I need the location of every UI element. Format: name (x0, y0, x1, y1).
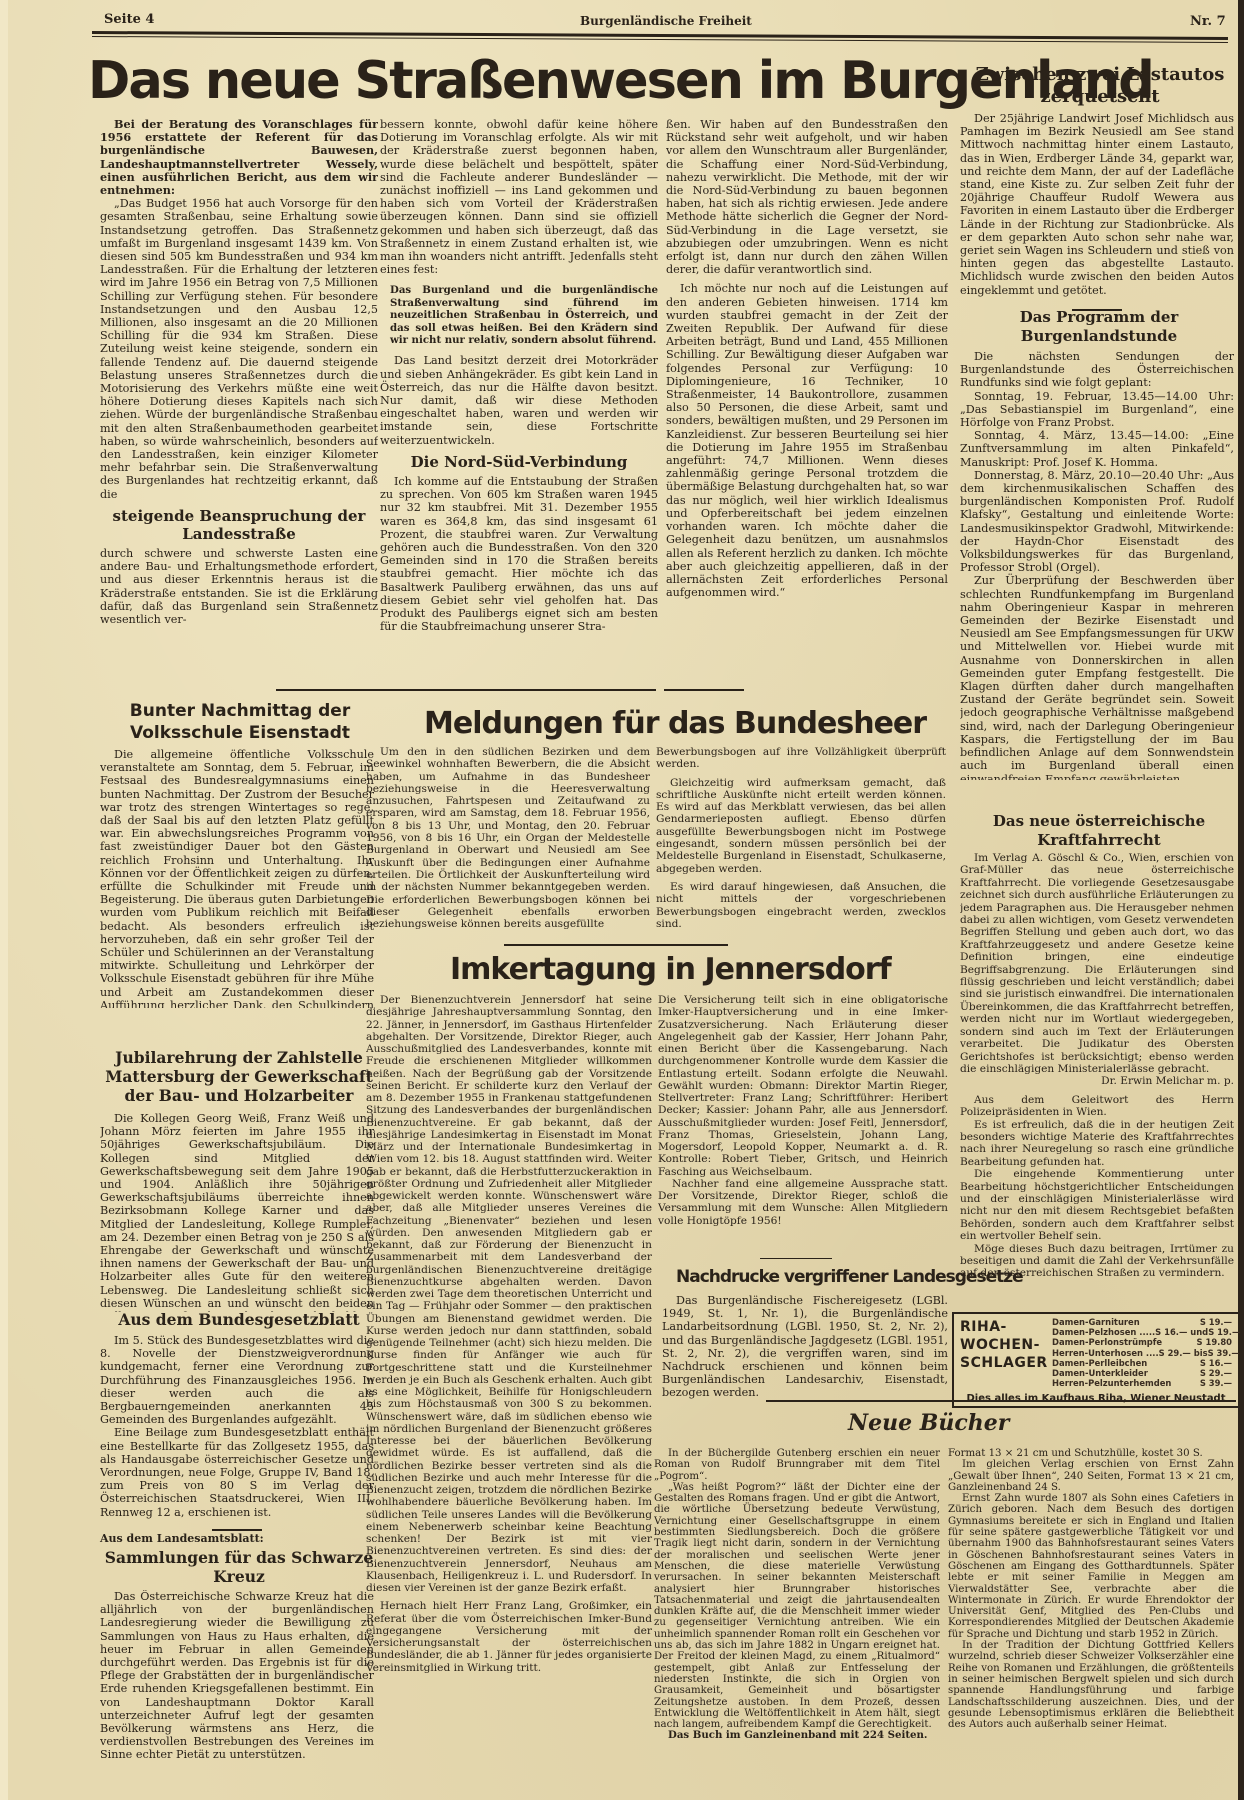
kraftfahrrecht-paragraph: Aus dem Geleitwort des Herrn Polizeipräs… (960, 1094, 1234, 1119)
bunter-body: Die allgemeine öffentliche Volksschule v… (100, 748, 374, 1008)
ad-item-price: S 39.— (1200, 1378, 1232, 1388)
ad-item-name: Damen-Pelzhosen .....S 16.— und (1052, 1327, 1208, 1337)
ad-item-name: Damen-Perlleibchen (1052, 1358, 1147, 1368)
bunter-title: Bunter Nachmittag der Volksschule Eisens… (100, 700, 380, 744)
ad-item: Damen-Pelzhosen .....S 16.— undS 19.— (1052, 1327, 1232, 1337)
neue-buecher-paragraph: Das Buch im Ganzleinenband mit 224 Seite… (654, 1730, 940, 1741)
jubilar-paragraph: Die Kollegen Georg Weiß, Franz Weiß und … (100, 1112, 374, 1312)
subhead-beanspruchung: steigende Beanspruchung der Landesstraße (100, 507, 378, 543)
neue-buecher-paragraph: In der Tradition der Dichtung Gottfried … (948, 1640, 1234, 1730)
neue-buecher-title: Neue Bücher (848, 1410, 1009, 1436)
ad-item: Herren-Unterhosen ....S 29.— bisS 39.— (1052, 1348, 1232, 1358)
main-article-col2: bessern konnte, obwohl dafür keine höher… (380, 118, 658, 698)
imker-col2: Die Versicherung teilt sich in eine obli… (658, 994, 948, 1266)
kraftfahrrecht-paragraph: Es ist erfreulich, daß die in der heutig… (960, 1119, 1234, 1169)
kraftfahrrecht-title: Das neue österreichische Kraftfahrrecht (960, 812, 1238, 850)
ad-footer: Dies alles im Kaufhaus Riha, Wiener Neus… (960, 1393, 1232, 1404)
lastautos-body: Der 25jährige Landwirt Josef Michlidsch … (960, 112, 1234, 312)
nachdrucke-paragraph: Das Burgenländische Fischereigesetz (LGB… (662, 1294, 948, 1400)
bundesgesetzblatt-paragraph: Im 5. Stück des Bundesgesetzblattes wird… (100, 1334, 374, 1426)
ad-item: Damen-GarniturenS 19.— (1052, 1317, 1232, 1327)
ad-item-name: Herren-Pelzunterhemden (1052, 1378, 1171, 1388)
ad-item-name: Damen-Unterkleider (1052, 1368, 1148, 1378)
neue-buecher-paragraph: Format 13 × 21 cm und Schutzhülle, koste… (948, 1448, 1234, 1459)
main-article-paragraph: durch schwere und schwerste Lasten eine … (100, 547, 378, 626)
bundesgesetzblatt-title: Aus dem Bundesgesetzblatt (100, 1310, 378, 1330)
nachdrucke-title: Nachdrucke vergriffener Landesgesetze (676, 1266, 1023, 1288)
lastautos-paragraph: Der 25jährige Landwirt Josef Michlidsch … (960, 112, 1234, 297)
riha-advertisement: RIHA- WOCHEN- SCHLAGER Damen-GarniturenS… (952, 1312, 1240, 1408)
ad-item-name: Damen-Garnituren (1052, 1317, 1140, 1327)
bundesgesetzblatt-paragraph: Eine Beilage zum Bundesgesetzblatt enthä… (100, 1426, 374, 1518)
burgenlandstunde-paragraph: Sonntag, 19. Februar, 13.45—14.00 Uhr: „… (960, 390, 1234, 430)
ad-brand-line: WOCHEN- (960, 1336, 1048, 1354)
page-number: Seite 4 (104, 12, 154, 27)
main-article-lead: Bei der Beratung des Voranschlages für 1… (100, 118, 378, 197)
neue-buecher-paragraph: Ernst Zahn wurde 1807 als Sohn eines Caf… (948, 1493, 1234, 1640)
bundesgesetzblatt-body: Im 5. Stück des Bundesgesetzblattes wird… (100, 1334, 374, 1534)
lastautos-title: Zwischen zwei Lastautos zerquetscht (960, 64, 1240, 108)
main-article-paragraph: „Das Budget 1956 hat auch Vorsorge für d… (100, 197, 378, 501)
bundesheer-paragraph: Gleichzeitig wird aufmerksam gemacht, da… (656, 777, 946, 875)
kraftfahrrecht-paragraph: Die eingehende Kommentierung unter Bearb… (960, 1168, 1234, 1242)
ad-item: Damen-PerlleibchenS 16.— (1052, 1358, 1232, 1368)
ad-price-list: Damen-GarniturenS 19.— Damen-Pelzhosen .… (1052, 1317, 1232, 1388)
ad-item-name: Herren-Unterhosen ....S 29.— bis (1052, 1348, 1208, 1358)
bunter-paragraph: Die allgemeine öffentliche Volksschule v… (100, 748, 374, 1008)
neue-buecher-paragraph: In der Büchergilde Gutenberg erschien ei… (654, 1448, 940, 1482)
landesamtsblatt-kicker: Aus dem Landesamtsblatt: (100, 1532, 264, 1545)
burgenlandstunde-paragraph: Donnerstag, 8. März, 20.10—20.40 Uhr: „A… (960, 469, 1234, 575)
ad-item-price: S 39.— (1208, 1348, 1240, 1358)
burgenlandstunde-title: Das Programm der Burgenlandstunde (960, 308, 1238, 346)
main-article-col3: ßen. Wir haben auf den Bundesstraßen den… (666, 118, 948, 698)
burgenlandstunde-body: Die nächsten Sendungen der Burgenlandstu… (960, 350, 1234, 780)
divider-rule (504, 944, 728, 946)
ad-item: Herren-PelzunterhemdenS 39.— (1052, 1378, 1232, 1388)
imker-paragraph: Hernach hielt Herr Franz Lang, Großimker… (366, 1600, 652, 1674)
imker-paragraph: Nachher fand eine allgemeine Aussprache … (658, 1178, 948, 1227)
burgenlandstunde-paragraph: Zur Überprüfung der Beschwerden über sch… (960, 574, 1234, 780)
kraftfahrrecht-body: Im Verlag A. Göschl & Co., Wien, erschie… (960, 852, 1234, 1310)
bundesheer-col2: Bewerbungsbogen auf ihre Vollzähligkeit … (656, 746, 946, 946)
newspaper-name: Burgenländische Freiheit (580, 14, 752, 28)
ad-item-price: S 16.— (1200, 1358, 1232, 1368)
ad-item-price: S 29.— (1200, 1368, 1232, 1378)
imker-title: Imkertagung in Jennersdorf (450, 952, 891, 988)
main-article-quote: Das Burgenland und die burgenländische S… (390, 284, 658, 346)
issue-number: Nr. 7 (1190, 14, 1226, 29)
burgenlandstunde-paragraph: Sonntag, 4. März, 13.45—14.00: „Eine Zun… (960, 429, 1234, 469)
neue-buecher-paragraph: „Was heißt Pogrom?“ läßt der Dichter ein… (654, 1482, 940, 1731)
neue-buecher-col1: In der Büchergilde Gutenberg erschien ei… (654, 1448, 940, 1758)
main-article-paragraph: ßen. Wir haben auf den Bundesstraßen den… (666, 118, 948, 276)
neue-buecher-col2: Format 13 × 21 cm und Schutzhülle, koste… (948, 1448, 1234, 1768)
bundesheer-col1: Um den in den südlichen Bezirken und dem… (366, 746, 650, 946)
ad-item-price: S 19.80 (1197, 1337, 1232, 1347)
divider-rule (664, 689, 744, 691)
ad-item-name: Damen-Perlonstrümpfe (1052, 1337, 1162, 1347)
ad-brand-line: RIHA- (960, 1318, 1048, 1336)
jubilar-title: Jubilarehrung der Zahlstelle Mattersburg… (100, 1048, 378, 1105)
ad-brand: RIHA- WOCHEN- SCHLAGER (960, 1318, 1048, 1372)
main-article-paragraph: Das Land besitzt derzeit drei Motorkräde… (380, 354, 658, 446)
ad-brand-line: SCHLAGER (960, 1354, 1048, 1372)
ad-item: Damen-PerlonstrümpfeS 19.80 (1052, 1337, 1232, 1347)
page-edge-left (0, 0, 8, 1800)
schwarzes-kreuz-title: Sammlungen für das Schwarze Kreuz (100, 1548, 378, 1586)
page-edge-right (1238, 0, 1244, 1800)
imker-paragraph: Der Bienenzuchtverein Jennersdorf hat se… (366, 994, 652, 1594)
schwarzes-kreuz-body: Das Österreichische Schwarze Kreuz hat d… (100, 1590, 374, 1770)
neue-buecher-paragraph: Im gleichen Verlag erschien von Ernst Za… (948, 1459, 1234, 1493)
divider-rule (760, 1258, 832, 1259)
main-article-paragraph: Ich komme auf die Entstaubung der Straße… (380, 475, 658, 633)
bundesheer-paragraph: Um den in den südlichen Bezirken und dem… (366, 746, 650, 930)
ad-item-price: S 19.— (1208, 1327, 1240, 1337)
schwarzes-kreuz-paragraph: Das Österreichische Schwarze Kreuz hat d… (100, 1590, 374, 1762)
imker-col1: Der Bienenzuchtverein Jennersdorf hat se… (366, 994, 652, 1754)
divider-rule (766, 1400, 1236, 1402)
divider-rule (276, 689, 656, 691)
main-article-paragraph: bessern konnte, obwohl dafür keine höher… (380, 118, 658, 276)
bundesheer-paragraph: Es wird darauf hingewiesen, daß Ansuchen… (656, 881, 946, 930)
bundesheer-title: Meldungen für das Bundesheer (424, 706, 926, 742)
main-article-paragraph: Ich möchte nur noch auf die Leistungen a… (666, 282, 948, 599)
divider-rule (212, 1529, 262, 1531)
jubilar-body: Die Kollegen Georg Weiß, Franz Weiß und … (100, 1112, 374, 1312)
kraftfahrrecht-paragraph: Im Verlag A. Göschl & Co., Wien, erschie… (960, 852, 1234, 1075)
ad-item: Damen-UnterkleiderS 29.— (1052, 1368, 1232, 1378)
burgenlandstunde-paragraph: Die nächsten Sendungen der Burgenlandstu… (960, 350, 1234, 390)
bundesheer-paragraph: Bewerbungsbogen auf ihre Vollzähligkeit … (656, 746, 946, 771)
imker-paragraph: Die Versicherung teilt sich in eine obli… (658, 994, 948, 1178)
subhead-nord-sued: Die Nord-Süd-Verbindung (380, 453, 658, 471)
kraftfahrrecht-signature: Dr. Erwin Melichar m. p. (960, 1075, 1234, 1087)
newspaper-page: Seite 4 Burgenländische Freiheit Nr. 7 D… (0, 0, 1244, 1800)
nachdrucke-body: Das Burgenländische Fischereigesetz (LGB… (662, 1294, 948, 1404)
main-article-col1: Bei der Beratung des Voranschlages für 1… (100, 118, 378, 708)
ad-item-price: S 19.— (1200, 1317, 1232, 1327)
